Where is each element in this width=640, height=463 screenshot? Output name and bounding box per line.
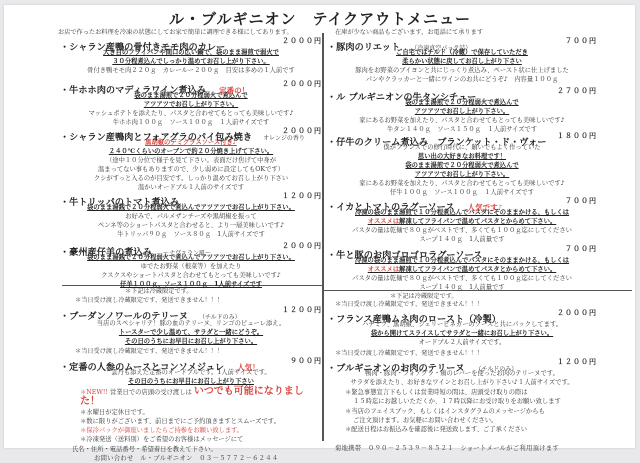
item-name: ・イカとトマトのラグーソース (327, 202, 455, 213)
item-name: ・仔牛のクリーム煮込み ブランケット・ド・ヴォー (327, 137, 547, 148)
item-name: ・フランス産鴨ムネ肉のロースト（冷製） (327, 314, 501, 325)
item-desc: 温まってない事もありますので、少し弱めに設定してもOKです） (60, 165, 322, 174)
item-desc: クスクスやショートパスタと合わせてもとっても美味しいです♪ (60, 271, 322, 280)
menu-item-carrot-mousse: ・定番の人参のムースとコンソメジュレ 人気！ ９００円 雲丹も添えた定番のオード… (60, 355, 322, 386)
item-desc: オードブル２人前サイズです。 (327, 338, 597, 347)
emergency-note-2: １５時迄にお越しいただくか、１７時以降にお受け取りをお願い致します (345, 397, 635, 406)
menu-item-duck-roast: ・フランス産鴨ムネ肉のロースト（冷製） ２０００円 ハチミツ、黒胡椒、シェリービ… (327, 307, 619, 347)
item-price: ２０００円 (282, 126, 322, 136)
menu-item-beef-tongue: ・ル ブルギニオンの牛タンシチュー ２７００円 袋のまま湯煎で２０分程弱火で煮込… (327, 85, 619, 134)
page-title: ル・ブルギニオン テイクアウトメニュー (0, 8, 640, 29)
item-desc-text: 解凍してフライパンで温めてパスタとからめて下さい。 (399, 218, 556, 225)
item-desc: オススメは解凍してフライパンで温めてパスタとからめて下さい。 (327, 217, 597, 226)
closed-day-note: ＊水曜日が定休日です。 (80, 408, 320, 417)
item-badge: 人気！ (237, 363, 260, 372)
item-name: ・牛と豚のお肉ゴロゴロラグーソース (327, 250, 482, 261)
notice-same-day-left-1: ＊当日受け渡し冷蔵限定です、発送できません！！！ (75, 295, 223, 304)
item-name: ・ブーダンノワールのテリーヌ (60, 311, 188, 322)
item-desc: 豚肉をお野菜のブイヨンと共にじっくり煮込み、ペースト状に仕上げました (327, 66, 597, 75)
new-notice: ＊NEW!! 営業日での店頭の受け渡しは いつでも可能になりました！ (80, 387, 320, 408)
item-desc: ３０分程煮込んでしっかり温めてお召し上がり下さい。 (60, 57, 322, 66)
menu-item-boudin-noir: ・ブーダンノワールのテリーヌ （チルドのみ） １２００円 当店のスペシャリテ！豚… (60, 304, 322, 346)
item-desc: ペンネ等のショートパスタと合わせると、より一層美味しいです♪ (60, 221, 322, 230)
item-name: ・定番の人参のムースとコンソメジュレ (60, 362, 224, 373)
item-price: １２００円 (282, 191, 322, 201)
item-name: ・ル ブルギニオンの牛タンシチュー (327, 92, 476, 103)
footer-notes-right: ＊緊急事態宣言下もしくは営業時短の間は、店頭受け取りの際は １５時迄にお越しいた… (345, 388, 635, 454)
item-name: ・豪州産仔羊の煮込み (60, 247, 152, 258)
item-desc: スープ１４０ｇ 1人前量です (327, 283, 597, 292)
item-desc: 袋から開けてスライスしてサラダと一緒にお召し上がり下さい。 (327, 329, 597, 338)
menu-item-duck-curry: ・シャラン産鴨の骨付きモモ肉のカレー ２０００円 大き目のフライパンや間口の広い… (60, 35, 322, 75)
item-desc: クシがすっと入るのが目安です。しっかり温めてお召し上がり下さい (60, 174, 322, 183)
item-price: ２０００円 (282, 36, 322, 46)
item-note: ～ナヴァラン風～ (163, 250, 211, 257)
item-name: ・シャラン産鴨肉とフォアグラのパイ包み焼き (60, 132, 252, 143)
item-badge: 定番の！ (219, 86, 249, 95)
item-desc: ２４０℃くらいのオーブンで約２０分焼き上げて下さい。 (60, 147, 322, 156)
item-desc: サラダを添えたり、お好きなワインとお召し上がり下さい♪１人前サイズです。 (327, 378, 597, 387)
item-price: ７００円 (565, 196, 597, 206)
menu-item-tripe: ・牛トリッパのトマト煮込み １２００円 袋のまま湯銭で２０分程弱火で煮込んでアツ… (60, 190, 322, 239)
item-name: ・豚肉のリエット (327, 42, 400, 53)
sns-note-1: ＊当店のフェイスブック、もしくはインスタグラムのメッセージからも (345, 407, 635, 416)
item-desc: その日のうちにお早目にお召し上がり下さい。 (60, 337, 322, 346)
menu-item-duck-pie: ・シャラン産鴨肉とフォアグラのパイ包み焼き オレンジの香り ２０００円 黒胡椒の… (60, 125, 322, 192)
menu-item-beef-cheek: ・牛ホホ肉のマディラワイン煮込み 定番の！ ２０００円 袋のまま湯煎で２０分程弱… (60, 78, 322, 127)
item-name: ・シャラン産鴨の骨付きモモ肉のカレー (60, 42, 225, 53)
sns-note-2: ご注文頂けます。お気軽にお問い合わせください。 (345, 416, 635, 425)
item-desc: お好みで、パルメザンチーズや黒胡椒を振って (60, 212, 322, 221)
limited-stock-note: ＊数に限りがございます、前日までにご予約頂きますとスムーズです。 (80, 417, 320, 426)
column-divider (322, 33, 324, 441)
item-price: ７００円 (565, 244, 597, 254)
item-desc-text: 解凍してフライパンで温めてパスタとからめて下さい。 (399, 266, 556, 273)
item-desc: オススメは解凍してフライパンで温めてパスタとからめて下さい。 (327, 265, 597, 274)
item-price: ９００円 (290, 356, 322, 366)
item-desc: 柔らかい状態に戻してお召し上がり下さい (327, 57, 597, 66)
item-price: １２００円 (557, 357, 597, 367)
item-price: １８００円 (557, 131, 597, 141)
item-desc: アツアツでお召し上がり下さい。 (327, 170, 597, 179)
item-desc: 思い出の大好きなお料理です！ (327, 152, 597, 161)
menu-item-squid-ragout: ・イカとトマトのラグーソース 人気です♪ ７００円 冷凍の袋のまま湯煎で１０分程… (327, 195, 619, 244)
new-badge: ＊NEW!! (80, 389, 108, 396)
item-desc: ゆでたお野菜（根菜等）を加えたり (60, 262, 322, 271)
item-price: ７００円 (565, 36, 597, 46)
item-badge: 人気です♪ (468, 203, 503, 212)
menu-item-meat-terrine: ・ブルギニオンのお肉のテリーヌ （チルドのみ） １２００円 鴨肉・豚肉・フォアグ… (327, 356, 619, 387)
item-desc: アツアツでお召し上がり下さい。 (327, 107, 597, 116)
item-desc: 家にあるお野菜を加えたり、パスタと合わせてもとっても美味しいです♪ (327, 179, 597, 188)
item-desc: アツアツでお召し上がり下さい。 (60, 100, 322, 109)
item-desc: パスタの量は乾麺で８０ｇがベストです、多くても１００ｇ迄にしてください (327, 274, 597, 283)
item-desc: 骨付き鴨モモ肉２２０ｇ カレールー２００ｇ 目安は多めの１人前です (60, 66, 322, 75)
item-price: ２７００円 (557, 86, 597, 96)
item-price: ２０００円 (282, 241, 322, 251)
item-price: ２０００円 (557, 308, 597, 318)
item-desc: 家にあるお野菜を加えたり、パスタと合わせてもとっても美味しいです♪ (327, 116, 597, 125)
emergency-note-1: ＊緊急事態宣言下もしくは営業時短の間は、店頭受け取りの際は (345, 388, 635, 397)
recommend-label: オススメは (368, 266, 399, 273)
cold-pack-note: ＊保冷パックが御座いましたらご持参をお願い致します。 (80, 426, 320, 435)
item-price: １２００円 (282, 305, 322, 315)
notice-chilled-only-left: ＊下記は冷蔵限定です。 (125, 286, 193, 295)
recommend-label: オススメは (368, 218, 399, 225)
item-desc: マッシュポテトを添えたり、パスタと合わせてもとっても美味しいです♪ (60, 109, 322, 118)
item-name: ・ブルギニオンのお肉のテリーヌ (327, 363, 464, 374)
shipping-note-2: 氏名・住所・電話番号・希望着日を教えて下さい。 (72, 445, 320, 454)
item-desc: パンやクラッカーと一緒にワインのお共にどうぞ♪ 内容量１００ｇ (327, 75, 597, 84)
item-note: （冷凍真空パック詰） (411, 45, 471, 52)
item-desc: 牛トリッパ９０ｇ ソース８０ｇ 1人前サイズです (60, 230, 322, 239)
item-name: ・牛トリッパのトマト煮込み (60, 197, 179, 208)
item-desc: トースターで少し温めて、サラダと一緒にどうぞ。 (60, 328, 322, 337)
item-note: （チルドのみ） (476, 366, 518, 373)
new-text: 営業日での店頭の受け渡しは (108, 389, 194, 396)
item-name: ・牛ホホ肉のマディラワイン煮込み (60, 85, 206, 96)
menu-item-rillettes: ・豚肉のリエット （冷凍真空パック詰） ７００円 ご自宅ではチルド（冷蔵）で保存… (327, 35, 619, 84)
item-price: ２０００円 (282, 79, 322, 89)
shipping-note-1: ＊冷凍発送（送料別）をご希望のお客様はメッセージにて (80, 435, 320, 444)
contact-phone-mobile[interactable]: 菊地携帯 ０９０－２５３９－８５２１ ショートメールがご利用頂けます (335, 444, 635, 453)
menu-item-meat-ragout: ・牛と豚のお肉ゴロゴロラグーソース ７００円 冷凍の袋のまま湯煎で１０分程煮込ん… (327, 243, 619, 292)
notice-same-day-left-2: ＊当日受け渡し冷蔵限定です、発送できません！！！ (75, 346, 223, 355)
delivery-note: ＊配送日程はお振込みを確認後に発送致します、ご了承ください (345, 425, 635, 434)
item-desc: （途中１０分位で様子を見て下さい。表面だけ焦げて中身が (60, 156, 322, 165)
menu-item-blanquette: ・仔牛のクリーム煮込み ブランケット・ド・ヴォー １８００円 僕がフランスでの修… (327, 130, 619, 197)
item-desc: 袋のまま湯煎で２０分程弱火で煮込んで (327, 161, 597, 170)
item-note: （チルドのみ） (199, 314, 241, 321)
menu-item-lamb: ・豪州産仔羊の煮込み ～ナヴァラン風～ ２０００円 袋のまま湯銭で２０分程弱火で… (60, 240, 322, 289)
footer-notes-left: ＊NEW!! 営業日での店頭の受け渡しは いつでも可能になりました！ ＊水曜日が… (80, 387, 320, 454)
item-desc: パスタの量は乾麺で８０ｇがベストです、多くても１００ｇ迄にしてください (327, 226, 597, 235)
item-note: オレンジの香り (263, 135, 305, 142)
item-desc: その日のうちにお早目にお召し上がり下さい (60, 377, 322, 386)
